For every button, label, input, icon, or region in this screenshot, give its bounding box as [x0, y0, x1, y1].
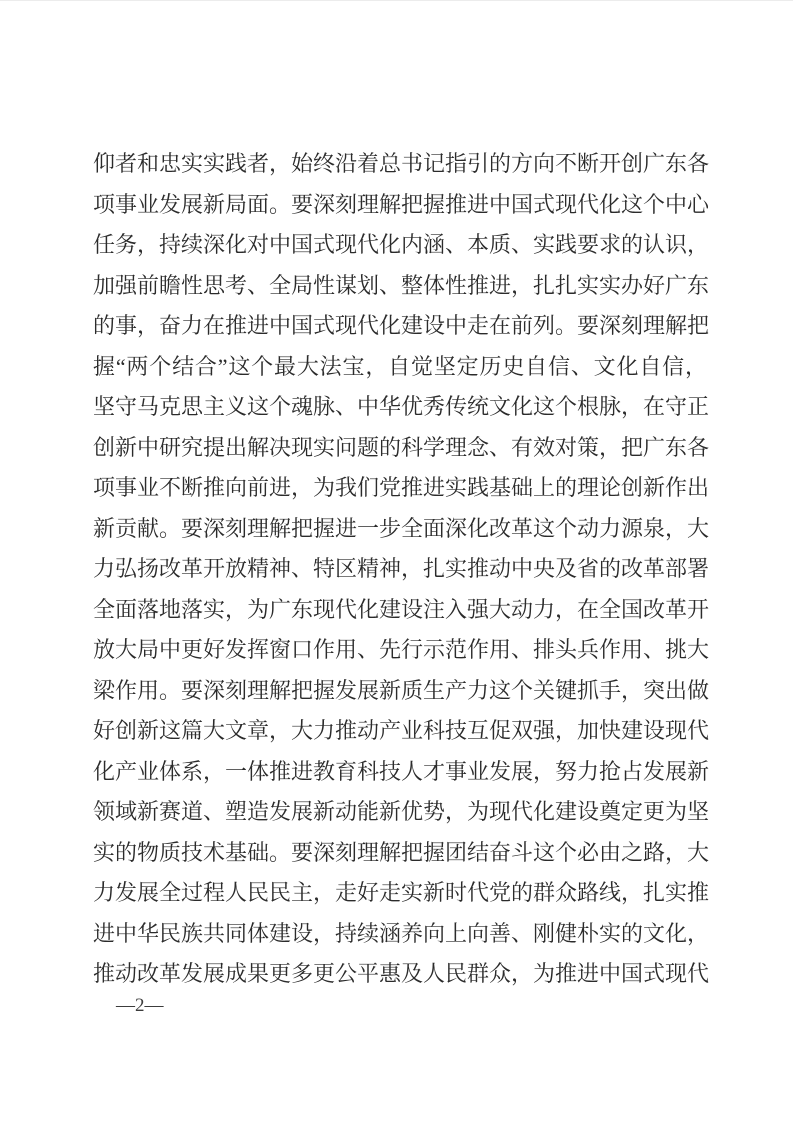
text-line: 推动改革发展成果更多更公平惠及人民群众，为推进中国式现代: [93, 954, 707, 995]
text-line: 新贡献。要深刻理解把握进一步全面深化改革这个动力源泉，大: [93, 509, 707, 550]
text-line: 坚守马克思主义这个魂脉、中华优秀传统文化这个根脉，在守正: [93, 387, 707, 428]
text-line: 全面落地落实，为广东现代化建设注入强大动力，在全国改革开: [93, 590, 707, 631]
text-line: 力发展全过程人民民主，走好走实新时代党的群众路线，扎实推: [93, 873, 707, 914]
text-line: 领域新赛道、塑造发展新动能新优势，为现代化建设奠定更为坚: [93, 792, 707, 833]
text-line: 梁作用。要深刻理解把握发展新质生产力这个关键抓手，突出做: [93, 671, 707, 712]
text-line: 放大局中更好发挥窗口作用、先行示范作用、排头兵作用、挑大: [93, 630, 707, 671]
text-line: 项事业发展新局面。要深刻理解把握推进中国式现代化这个中心: [93, 185, 707, 226]
text-line: 力弘扬改革开放精神、特区精神，扎实推动中央及省的改革部署: [93, 549, 707, 590]
text-line: 实的物质技术基础。要深刻理解把握团结奋斗这个必由之路，大: [93, 833, 707, 874]
text-line: 仰者和忠实实践者，始终沿着总书记指引的方向不断开创广东各: [93, 144, 707, 185]
text-line: 进中华民族共同体建设，持续涵养向上向善、刚健朴实的文化，: [93, 914, 707, 955]
body-text: 仰者和忠实实践者，始终沿着总书记指引的方向不断开创广东各 项事业发展新局面。要深…: [93, 144, 707, 995]
text-line: 化产业体系，一体推进教育科技人才事业发展，努力抢占发展新: [93, 752, 707, 793]
page-number: —2—: [116, 994, 164, 1018]
text-line: 任务，持续深化对中国式现代化内涵、本质、实践要求的认识，: [93, 225, 707, 266]
text-line: 加强前瞻性思考、全局性谋划、整体性推进，扎扎实实办好广东: [93, 266, 707, 307]
document-page: 仰者和忠实实践者，始终沿着总书记指引的方向不断开创广东各 项事业发展新局面。要深…: [0, 0, 793, 1122]
text-line: 的事，奋力在推进中国式现代化建设中走在前列。要深刻理解把: [93, 306, 707, 347]
text-line: 好创新这篇大文章，大力推动产业科技互促双强，加快建设现代: [93, 711, 707, 752]
text-line: 创新中研究提出解决现实问题的科学理念、有效对策，把广东各: [93, 428, 707, 469]
text-line: 握“两个结合”这个最大法宝，自觉坚定历史自信、文化自信，: [93, 347, 707, 388]
text-line: 项事业不断推向前进，为我们党推进实践基础上的理论创新作出: [93, 468, 707, 509]
